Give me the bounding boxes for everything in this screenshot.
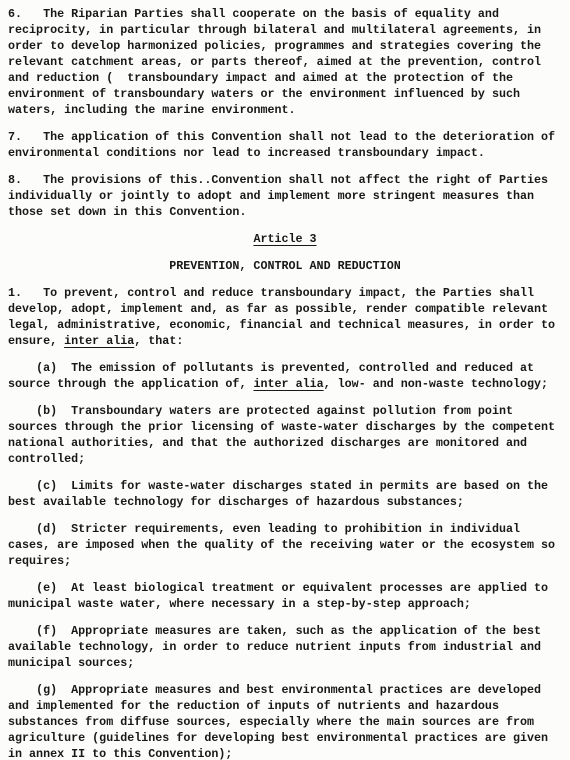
- item-e: (e) At least biological treatment or equ…: [8, 580, 570, 612]
- paragraph-7-text: 7. The application of this Convention sh…: [8, 130, 555, 160]
- item-f: (f) Appropriate measures are taken, such…: [8, 623, 570, 671]
- item-c: (c) Limits for waste-water discharges st…: [8, 478, 570, 510]
- item-b-text: (b) Transboundary waters are protected a…: [8, 404, 555, 466]
- item-d: (d) Stricter requirements, even leading …: [8, 521, 570, 569]
- document-body: 6. The Riparian Parties shall cooperate …: [8, 6, 570, 760]
- paragraph-1-text: , that:: [134, 334, 183, 348]
- paragraph-8: 8. The provisions of this..Convention sh…: [8, 172, 570, 220]
- paragraph-7: 7. The application of this Convention sh…: [8, 129, 570, 161]
- article-3-subtitle-text: PREVENTION, CONTROL AND REDUCTION: [169, 259, 400, 273]
- item-e-text: (e) At least biological treatment or equ…: [8, 581, 548, 611]
- item-f-text: (f) Appropriate measures are taken, such…: [8, 624, 541, 670]
- item-a-text: , low- and non-waste technology;: [324, 377, 548, 391]
- item-b: (b) Transboundary waters are protected a…: [8, 403, 570, 467]
- item-a: (a) The emission of pollutants is preven…: [8, 360, 570, 392]
- paragraph-6-text: 6. The Riparian Parties shall cooperate …: [8, 7, 541, 117]
- item-d-text: (d) Stricter requirements, even leading …: [8, 522, 555, 568]
- article-3-subtitle: PREVENTION, CONTROL AND REDUCTION: [8, 258, 570, 274]
- paragraph-6: 6. The Riparian Parties shall cooperate …: [8, 6, 570, 118]
- article-3-heading: Article 3: [8, 231, 570, 247]
- paragraph-1-underlined-text: inter alia: [64, 334, 134, 348]
- item-g: (g) Appropriate measures and best enviro…: [8, 682, 570, 760]
- paragraph-1: 1. To prevent, control and reduce transb…: [8, 285, 570, 349]
- paragraph-8-text: 8. The provisions of this..Convention sh…: [8, 173, 548, 219]
- item-c-text: (c) Limits for waste-water discharges st…: [8, 479, 548, 509]
- item-g-text: (g) Appropriate measures and best enviro…: [8, 683, 548, 760]
- item-a-underlined-text: inter alia: [253, 377, 323, 391]
- scanned-document-page: 6. The Riparian Parties shall cooperate …: [0, 0, 570, 760]
- article-3-heading-underlined-text: Article 3: [253, 232, 316, 246]
